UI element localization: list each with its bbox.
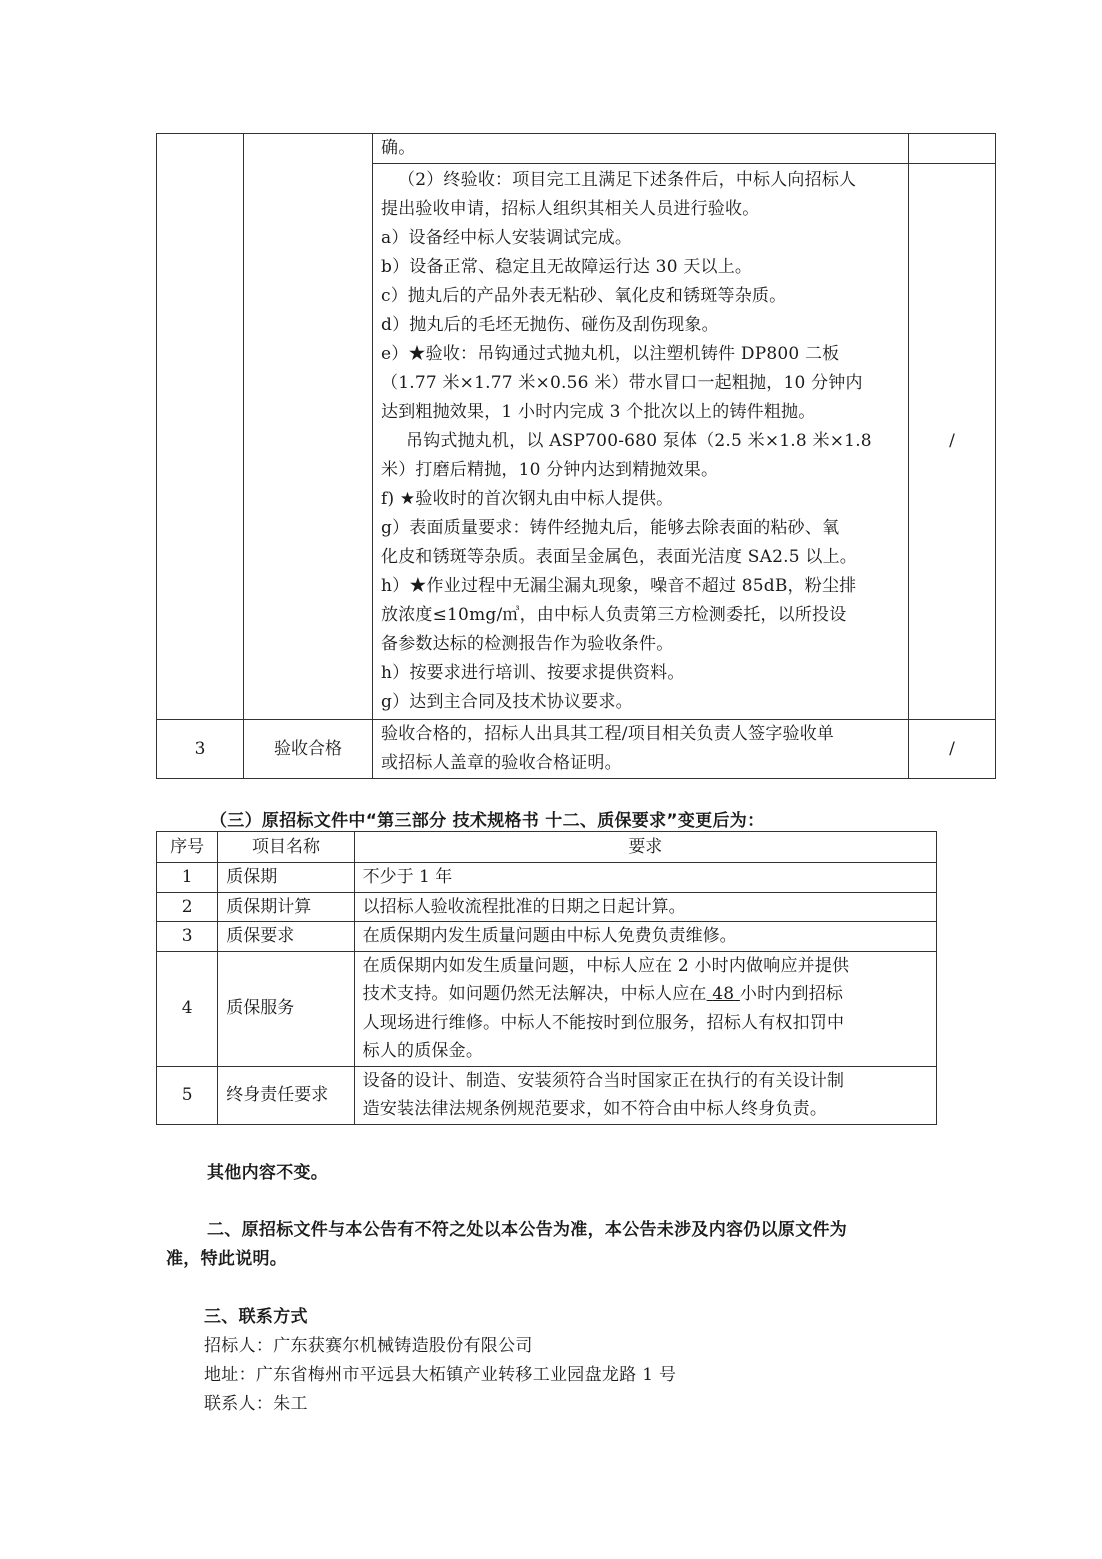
text-line: 标人的质保金。: [363, 1037, 928, 1066]
text-line: 米）打磨后精抛，10 分钟内达到精抛效果。: [381, 456, 900, 485]
document-page: 确。 （2）终验收：项目完工且满足下述条件后，中标人向招标人 提出验收申请，招标…: [0, 0, 1102, 1559]
table-cell-text: 验收合格的，招标人出具其工程/项目相关负责人签字验收单 或招标人盖章的验收合格证…: [373, 720, 909, 779]
row-requirement: 设备的设计、制造、安装须符合当时国家正在执行的有关设计制 造安装法律法规条例规范…: [354, 1066, 936, 1124]
row-no: 5: [157, 1066, 218, 1124]
text-line: g）达到主合同及技术协议要求。: [381, 688, 900, 717]
text-line: 设备的设计、制造、安装须符合当时国家正在执行的有关设计制: [363, 1067, 928, 1096]
row-requirement: 在质保期内如发生质量问题，中标人应在 2 小时内做响应并提供 技术支持。如问题仍…: [354, 951, 936, 1066]
row-requirement: 在质保期内发生质量问题由中标人免费负责维修。: [354, 922, 936, 952]
text-line: a）设备经中标人安装调试完成。: [381, 224, 900, 253]
section3-heading: （三）原招标文件中“第三部分 技术规格书 十二、质保要求”变更后为：: [210, 806, 764, 831]
text-line: （2）终验收：项目完工且满足下述条件后，中标人向招标人: [381, 166, 900, 195]
row-name: 质保期: [218, 863, 354, 893]
table-cell-empty: [157, 134, 244, 720]
text-line: （1.77 米×1.77 米×0.56 米）带水冒口一起粗抛，10 分钟内: [381, 369, 900, 398]
row-no: 4: [157, 951, 218, 1066]
table-cell-empty: [909, 134, 996, 164]
text-line: 提出验收申请，招标人组织其相关人员进行验收。: [381, 195, 900, 224]
text-line: g）表面质量要求：铸件经抛丸后，能够去除表面的粘砂、氧: [381, 514, 900, 543]
row-no: 1: [157, 863, 218, 893]
text-line: c）抛丸后的产品外表无粘砂、氧化皮和锈斑等杂质。: [381, 282, 900, 311]
text-line: 达到粗抛效果，1 小时内完成 3 个批次以上的铸件粗抛。: [381, 398, 900, 427]
contact-person: 联系人：朱工: [204, 1389, 308, 1414]
table-row: 5 终身责任要求 设备的设计、制造、安装须符合当时国家正在执行的有关设计制 造安…: [157, 1066, 937, 1124]
row-name: 质保要求: [218, 922, 354, 952]
table-cell-text: 确。: [373, 134, 909, 164]
underlined-hours: 48: [707, 984, 740, 1004]
table-cell-remark: /: [909, 164, 996, 720]
contact-address: 地址：广东省梅州市平远县大柘镇产业转移工业园盘龙路 1 号: [204, 1360, 676, 1385]
row-name: 质保服务: [218, 951, 354, 1066]
other-unchanged-text: 其他内容不变。: [207, 1158, 328, 1183]
text-line: 人现场进行维修。中标人不能按时到位服务，招标人有权扣罚中: [363, 1009, 928, 1038]
text-line: b）设备正常、稳定且无故障运行达 30 天以上。: [381, 253, 900, 282]
text-line: 化皮和锈斑等杂质。表面呈金属色，表面光洁度 SA2.5 以上。: [381, 543, 900, 572]
warranty-table: 序号 项目名称 要求 1 质保期 不少于 1 年 2 质保期计算 以招标人验收流…: [156, 831, 937, 1125]
text-line: 造安装法律法规条例规范要求，如不符合由中标人终身负责。: [363, 1095, 928, 1124]
header-no: 序号: [157, 832, 218, 863]
text-line: 备参数达标的检测报告作为验收条件。: [381, 630, 900, 659]
section2-line2: 准，特此说明。: [166, 1244, 287, 1269]
text-line: 确。: [381, 134, 900, 163]
table-cell-remark: /: [909, 720, 996, 779]
text-line: 在质保期内如发生质量问题，中标人应在 2 小时内做响应并提供: [363, 952, 928, 981]
table-cell-empty: [244, 134, 373, 720]
text-line: h）★作业过程中无漏尘漏丸现象，噪音不超过 85dB，粉尘排: [381, 572, 900, 601]
header-name: 项目名称: [218, 832, 354, 863]
row-requirement: 以招标人验收流程批准的日期之日起计算。: [354, 892, 936, 922]
table-header-row: 序号 项目名称 要求: [157, 832, 937, 863]
table-row: 4 质保服务 在质保期内如发生质量问题，中标人应在 2 小时内做响应并提供 技术…: [157, 951, 937, 1066]
text-line: d）抛丸后的毛坯无抛伤、碰伤及刮伤现象。: [381, 311, 900, 340]
table-row: 确。: [157, 134, 996, 164]
hours-value: 48: [712, 984, 734, 1004]
table-row: 3 质保要求 在质保期内发生质量问题由中标人免费负责维修。: [157, 922, 937, 952]
table-row: 2 质保期计算 以招标人验收流程批准的日期之日起计算。: [157, 892, 937, 922]
table-row: 3 验收合格 验收合格的，招标人出具其工程/项目相关负责人签字验收单 或招标人盖…: [157, 720, 996, 779]
text-line: 放浓度≤10mg/㎥，由中标人负责第三方检测委托，以所投设: [381, 601, 900, 630]
final-acceptance-cell: （2）终验收：项目完工且满足下述条件后，中标人向招标人 提出验收申请，招标人组织…: [373, 164, 909, 720]
text-line: 验收合格的，招标人出具其工程/项目相关负责人签字验收单: [381, 720, 900, 749]
row-no: 2: [157, 892, 218, 922]
text-fragment: 技术支持。如问题仍然无法解决，中标人应在: [363, 984, 707, 1004]
text-line: e）★验收：吊钩通过式抛丸机，以注塑机铸件 DP800 二板: [381, 340, 900, 369]
row-no: 3: [157, 922, 218, 952]
text-line: 技术支持。如问题仍然无法解决，中标人应在 48 小时内到招标: [363, 980, 928, 1009]
table-cell-number: 3: [157, 720, 244, 779]
row-name: 质保期计算: [218, 892, 354, 922]
contact-tenderer: 招标人：广东获赛尔机械铸造股份有限公司: [204, 1331, 533, 1356]
contact-heading: 三、联系方式: [204, 1302, 308, 1327]
text-line: 或招标人盖章的验收合格证明。: [381, 749, 900, 778]
text-line: 吊钩式抛丸机，以 ASP700-680 泵体（2.5 米×1.8 米×1.8: [381, 427, 900, 456]
row-name: 终身责任要求: [218, 1066, 354, 1124]
section2-line1: 二、原招标文件与本公告有不符之处以本公告为准，本公告未涉及内容仍以原文件为: [207, 1215, 847, 1240]
row-requirement: 不少于 1 年: [354, 863, 936, 893]
table-cell-item: 验收合格: [244, 720, 373, 779]
text-fragment: 小时内到招标: [740, 984, 843, 1004]
text-line: h）按要求进行培训、按要求提供资料。: [381, 659, 900, 688]
table-row: 1 质保期 不少于 1 年: [157, 863, 937, 893]
text-line: f) ★验收时的首次钢丸由中标人提供。: [381, 485, 900, 514]
acceptance-table: 确。 （2）终验收：项目完工且满足下述条件后，中标人向招标人 提出验收申请，招标…: [156, 133, 996, 779]
header-requirement: 要求: [354, 832, 936, 863]
